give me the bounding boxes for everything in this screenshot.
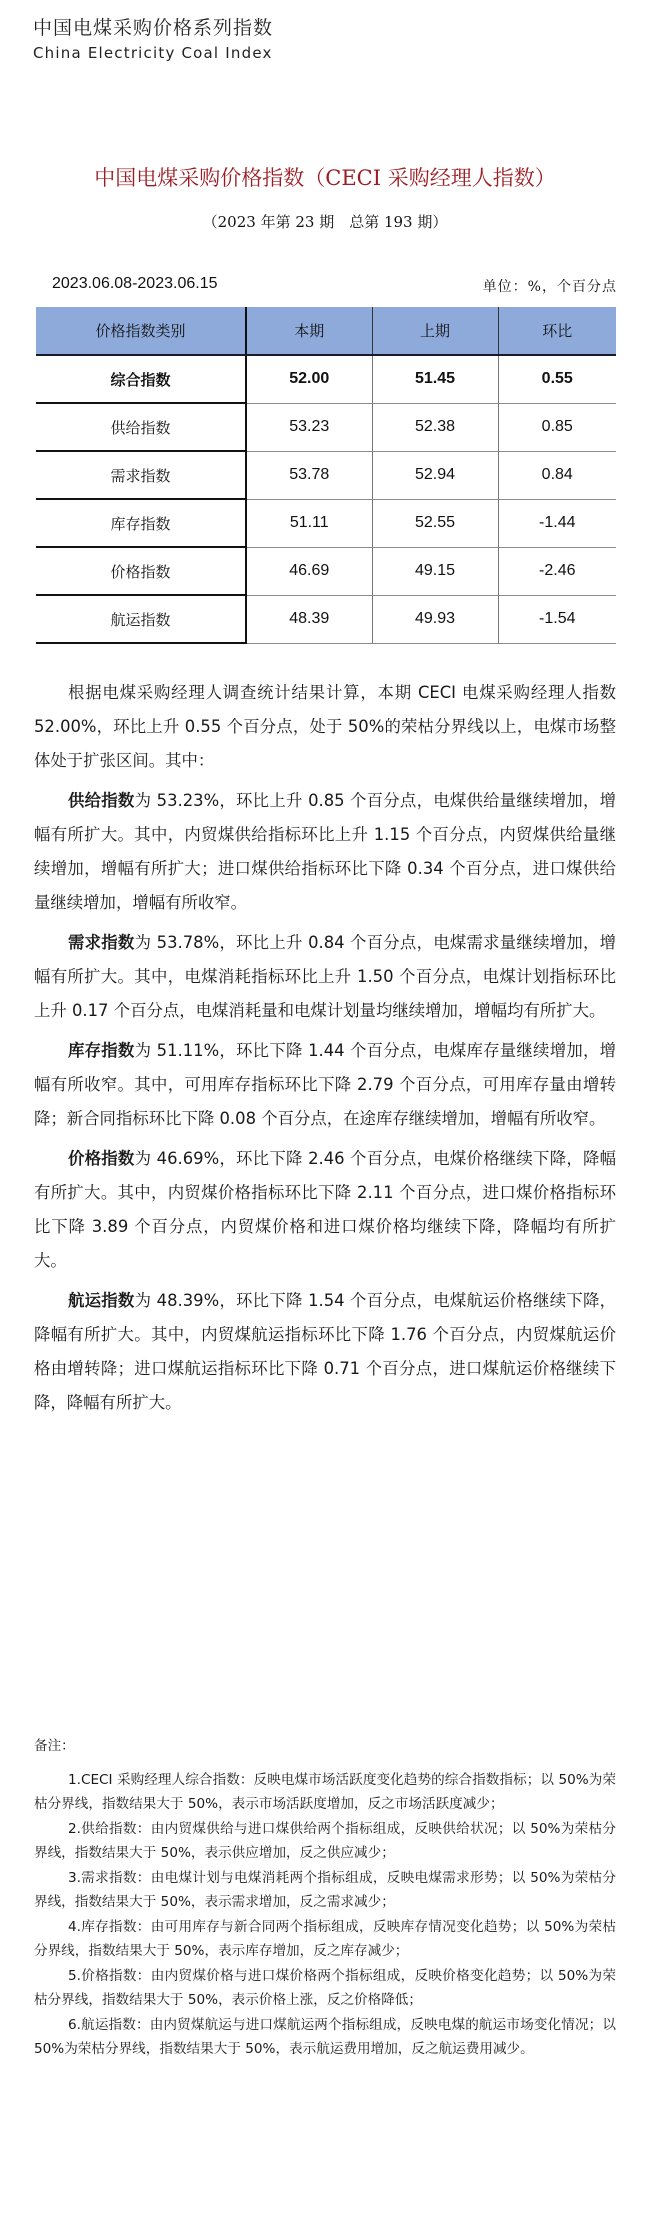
paragraph-lead: 库存指数 bbox=[68, 1041, 135, 1060]
note-item: 4.库存指数：由可用库存与新合同两个指标组成，反映库存情况变化趋势；以 50%为… bbox=[34, 1915, 616, 1964]
table-row: 库存指数 51.11 52.55 -1.44 bbox=[36, 499, 616, 547]
table-row: 综合指数 52.00 51.45 0.55 bbox=[36, 355, 616, 403]
note-item: 6.航运指数：由内贸煤航运与进口煤航运两个指标组成，反映电煤的航运市场变化情况；… bbox=[34, 2013, 616, 2062]
row-category: 库存指数 bbox=[36, 499, 246, 547]
row-previous: 49.93 bbox=[372, 595, 498, 643]
row-previous: 52.55 bbox=[372, 499, 498, 547]
paragraph-inventory: 库存指数为 51.11%，环比下降 1.44 个百分点，电煤库存量继续增加，增幅… bbox=[34, 1034, 616, 1136]
paragraph-text: 根据电煤采购经理人调查统计结果计算，本期 CECI 电煤采购经理人指数 52.0… bbox=[34, 683, 616, 770]
paragraph-lead: 需求指数 bbox=[68, 933, 135, 952]
paragraph-summary: 根据电煤采购经理人调查统计结果计算，本期 CECI 电煤采购经理人指数 52.0… bbox=[34, 676, 616, 778]
note-item: 2.供给指数：由内贸煤供给与进口煤供给两个指标组成，反映供给状况；以 50%为荣… bbox=[34, 1817, 616, 1866]
analysis-body: 根据电煤采购经理人调查统计结果计算，本期 CECI 电煤采购经理人指数 52.0… bbox=[34, 676, 616, 1426]
table-header-row: 价格指数类别 本期 上期 环比 bbox=[36, 307, 616, 355]
paragraph-lead: 供给指数 bbox=[68, 791, 135, 810]
row-change: -2.46 bbox=[498, 547, 616, 595]
document-title: 中国电煤采购价格指数（CECI 采购经理人指数） bbox=[0, 162, 650, 192]
paragraph-supply: 供给指数为 53.23%，环比上升 0.85 个百分点，电煤供给量继续增加，增幅… bbox=[34, 784, 616, 920]
row-current: 51.11 bbox=[246, 499, 372, 547]
row-previous: 52.94 bbox=[372, 451, 498, 499]
paragraph-demand: 需求指数为 53.78%，环比上升 0.84 个百分点，电煤需求量继续增加，增幅… bbox=[34, 926, 616, 1028]
header-change: 环比 bbox=[498, 307, 616, 355]
row-current: 52.00 bbox=[246, 355, 372, 403]
table-row: 供给指数 53.23 52.38 0.85 bbox=[36, 403, 616, 451]
paragraph-shipping: 航运指数为 48.39%，环比下降 1.54 个百分点，电煤航运价格继续下降，降… bbox=[34, 1284, 616, 1420]
row-category: 价格指数 bbox=[36, 547, 246, 595]
row-current: 48.39 bbox=[246, 595, 372, 643]
row-previous: 51.45 bbox=[372, 355, 498, 403]
unit-label: 单位：%，个百分点 bbox=[483, 276, 617, 296]
paragraph-lead: 航运指数 bbox=[68, 1291, 135, 1310]
header-category: 价格指数类别 bbox=[36, 307, 246, 355]
row-category: 综合指数 bbox=[36, 355, 246, 403]
row-previous: 52.38 bbox=[372, 403, 498, 451]
row-change: 0.55 bbox=[498, 355, 616, 403]
row-category: 供给指数 bbox=[36, 403, 246, 451]
table-row: 价格指数 46.69 49.15 -2.46 bbox=[36, 547, 616, 595]
brand-title-cn: 中国电煤采购价格系列指数 bbox=[33, 13, 273, 40]
table-row: 航运指数 48.39 49.93 -1.54 bbox=[36, 595, 616, 643]
row-current: 53.23 bbox=[246, 403, 372, 451]
row-current: 46.69 bbox=[246, 547, 372, 595]
index-table: 价格指数类别 本期 上期 环比 综合指数 52.00 51.45 0.55 供给… bbox=[36, 307, 616, 644]
paragraph-lead: 价格指数 bbox=[68, 1149, 135, 1168]
notes-title: 备注： bbox=[34, 1734, 616, 1759]
row-change: -1.54 bbox=[498, 595, 616, 643]
table-row: 需求指数 53.78 52.94 0.84 bbox=[36, 451, 616, 499]
paragraph-price: 价格指数为 46.69%，环比下降 2.46 个百分点，电煤价格继续下降，降幅有… bbox=[34, 1142, 616, 1278]
header-previous: 上期 bbox=[372, 307, 498, 355]
row-change: 0.85 bbox=[498, 403, 616, 451]
brand-title-en: China Electricity Coal Index bbox=[33, 44, 273, 62]
document-issue: （2023 年第 23 期 总第 193 期） bbox=[0, 211, 650, 232]
row-change: 0.84 bbox=[498, 451, 616, 499]
header-current: 本期 bbox=[246, 307, 372, 355]
row-category: 航运指数 bbox=[36, 595, 246, 643]
row-change: -1.44 bbox=[498, 499, 616, 547]
note-item: 3.需求指数：由电煤计划与电煤消耗两个指标组成，反映电煤需求形势；以 50%为荣… bbox=[34, 1866, 616, 1915]
row-current: 53.78 bbox=[246, 451, 372, 499]
note-item: 5.价格指数：由内贸煤价格与进口煤价格两个指标组成，反映价格变化趋势；以 50%… bbox=[34, 1964, 616, 2013]
date-range: 2023.06.08-2023.06.15 bbox=[52, 275, 217, 293]
row-category: 需求指数 bbox=[36, 451, 246, 499]
notes-section: 备注： 1.CECI 采购经理人综合指数：反映电煤市场活跃度变化趋势的综合指数指… bbox=[34, 1734, 616, 2062]
row-previous: 49.15 bbox=[372, 547, 498, 595]
note-item: 1.CECI 采购经理人综合指数：反映电煤市场活跃度变化趋势的综合指数指标；以 … bbox=[34, 1768, 616, 1817]
